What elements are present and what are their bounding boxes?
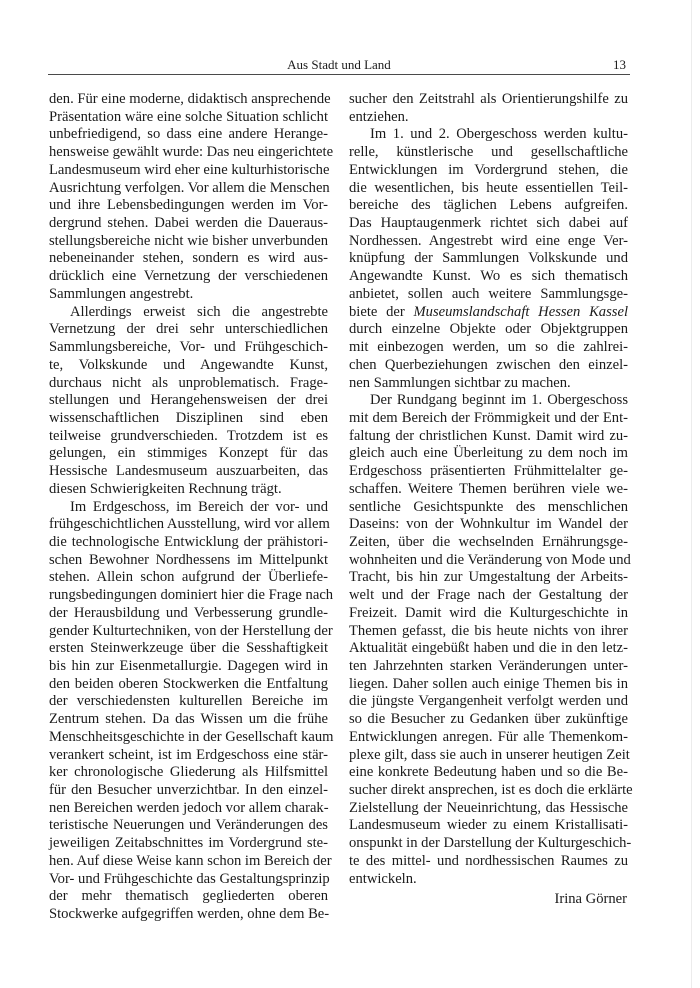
text-line: Entwicklungen im Vordergrund stehen, die (349, 162, 628, 180)
text-line: der verschiedensten kulturellen Bereiche… (49, 693, 328, 711)
text-line: Sammlungen angestrebt. (49, 286, 328, 304)
text-line: teristische Neuerungen und Veränderungen… (49, 817, 328, 835)
header-rule (48, 74, 630, 75)
text-line: drücklich eine Vernetzung der verschiede… (49, 268, 328, 286)
text-line: frühgeschichtlichen Ausstellung, wird vo… (49, 516, 328, 534)
text-line: wohnheiten und die Veränderung von Mode … (349, 552, 628, 570)
text-column-right: sucher den Zeitstrahl als Orientierungsh… (349, 91, 628, 909)
italic-institution-name: Museumslandschaft Hessen Kassel (414, 304, 629, 320)
text-line: Im Erdgeschoss, im Bereich der vor- und (49, 499, 328, 517)
text-line: bis hin zur Eisenmetallurgie. Dagegen wi… (49, 658, 328, 676)
text-line: onspunkt in der Darstellung der Kulturge… (349, 835, 628, 853)
text-line: den beiden oberen Stockwerken die Entfal… (49, 676, 328, 694)
text-line: dergrund stehen. Dabei werden die Dauera… (49, 215, 328, 233)
text-line: sucher den Zeitstrahl als Orientierungsh… (349, 91, 628, 109)
text-line: Allerdings erweist sich die angestrebte (49, 304, 328, 322)
text-line: stehen. Allein schon aufgrund der Überli… (49, 569, 328, 587)
text-line: die wesentlichen, bis heute essentiellen… (349, 180, 628, 198)
text-line: schen Bewohner Nordhessens im Mittelpunk… (49, 552, 328, 570)
paragraph: Im 1. und 2. Obergeschoss werden kultu- … (349, 126, 628, 392)
text-line: Zentrum stehen. Da das Wissen um die frü… (49, 711, 328, 729)
text-line: die technologische Entwicklung der prähi… (49, 534, 328, 552)
text-line: sentliche Gesichtspunkte des menschliche… (349, 499, 628, 517)
text-line: stellungen und Herangehensweisen der dre… (49, 392, 328, 410)
text-line: Daseins: von der Wohnkultur im Wandel de… (349, 516, 628, 534)
text-line: so die Besucher zu Gedanken über zukünft… (349, 711, 628, 729)
text-line: te des mittel- und nordhessischen Raumes… (349, 853, 628, 871)
text-line: gelungen, ein stimmiges Konzept für das (49, 445, 328, 463)
text-line: jeweiligen Zeitabschnittes im Vordergrun… (49, 835, 328, 853)
text-line: diesen Schwierigkeiten Rechnung trägt. (49, 481, 328, 499)
author-signature: Irina Görner (349, 891, 628, 909)
running-head: Aus Stadt und Land 13 (48, 55, 630, 75)
text-line: mit einbezogen werden, um so die zahlrei… (349, 339, 628, 357)
text-line: Vernetzung der drei sehr unterschiedlich… (49, 321, 328, 339)
text-line: sucher direkt ansprechen, ist es doch di… (349, 782, 628, 800)
text-line: plexe gilt, dass sie auch in unserer heu… (349, 747, 628, 765)
text-line: nen Bereichen werden jedoch vor allem ch… (49, 800, 328, 818)
text-line: chen Querbeziehungen zwischen den einzel… (349, 357, 628, 375)
text-line: und ihre Lebensbedingungen werden im Vor… (49, 197, 328, 215)
text-line: der mehr thematisch gegliederten oberen (49, 888, 328, 906)
text-line: Ausrichtung verfolgen. Vor allem die Men… (49, 180, 328, 198)
text-fragment: biete der (349, 304, 414, 320)
text-line: Zeiten, über die wechselnden Ernährungsg… (349, 534, 628, 552)
text-line: eine konkrete Bedeutung haben und so die… (349, 764, 628, 782)
text-line: nebeneinander stehen, sondern es wird au… (49, 250, 328, 268)
text-line: gleich auch eine Überleitung zu dem noch… (349, 445, 628, 463)
text-line: Angewandte Kunst. Wo es sich thematisch (349, 268, 628, 286)
text-line-with-italic: biete der Museumslandschaft Hessen Kasse… (349, 304, 628, 322)
text-line: entziehen. (349, 109, 628, 127)
text-line: Erdgeschoss präsentierten Frühmittelalte… (349, 463, 628, 481)
text-line: gender Kulturtechniken, von der Herstell… (49, 623, 328, 641)
text-line: anbietet, sollen auch weitere Sammlungsg… (349, 286, 628, 304)
text-line: nen Sammlungen sichtbar zu machen. (349, 375, 628, 393)
text-line: durch einzelne Objekte oder Objektgruppe… (349, 321, 628, 339)
text-line: Tracht, bis hin zur Umgestaltung der Arb… (349, 569, 628, 587)
text-line: die jüngste Vergangenheit verfolgt werde… (349, 693, 628, 711)
text-line: Das Hauptaugenmerk richtet sich dabei au… (349, 215, 628, 233)
page-edge (691, 0, 692, 988)
text-line: mit dem Bereich der Frömmigkeit und der … (349, 410, 628, 428)
text-line: Sammlungsbereiche, Vor- und Frühgeschich… (49, 339, 328, 357)
text-line: hensweise gewählt wurde: Das neu eingeri… (49, 144, 328, 162)
text-line: Entwicklungen anregen. Für alle Themenko… (349, 729, 628, 747)
text-line: relle, künstlerische und gesellschaftlic… (349, 144, 628, 162)
text-line: te, Volkskunde und Angewandte Kunst, (49, 357, 328, 375)
text-line: den. Für eine moderne, didaktisch anspre… (49, 91, 328, 109)
text-line: Zielstellung der Neueinrichtung, das Hes… (349, 800, 628, 818)
text-line: Nordhessen. Angestrebt wird eine enge Ve… (349, 233, 628, 251)
running-head-title: Aus Stadt und Land (48, 57, 630, 73)
text-line: durchaus nicht als unproblematisch. Frag… (49, 375, 328, 393)
text-line: hen. Auf diese Weise kann schon im Berei… (49, 853, 328, 871)
text-line: Freizeit. Damit wird die Kulturgeschicht… (349, 605, 628, 623)
text-line: Themen gefasst, die bis heute nichts von… (349, 623, 628, 641)
text-line: rungsbedingungen dominiert hier die Frag… (49, 587, 328, 605)
text-line: schaffen. Weitere Themen berühren viele … (349, 481, 628, 499)
paragraph: den. Für eine moderne, didaktisch anspre… (49, 91, 328, 304)
text-line: entwickeln. (349, 871, 628, 889)
text-line: Menschheitsgeschichte in der Gesellschaf… (49, 729, 328, 747)
text-line: Der Rundgang beginnt im 1. Obergeschoss (349, 392, 628, 410)
text-line: Präsentation wäre eine solche Situation … (49, 109, 328, 127)
text-line: faltung der christlichen Kunst. Damit wi… (349, 428, 628, 446)
text-line: Hessische Landesmuseum auszuarbeiten, da… (49, 463, 328, 481)
text-line: der Herausbildung und Verbesserung grund… (49, 605, 328, 623)
paragraph: Der Rundgang beginnt im 1. Obergeschoss … (349, 392, 628, 888)
text-line: liegen. Daher sollen auch einige Themen … (349, 676, 628, 694)
paragraph: Im Erdgeschoss, im Bereich der vor- und … (49, 499, 328, 924)
text-line: ersten Steinwerkzeuge über die Sesshafti… (49, 640, 328, 658)
page-number: 13 (613, 57, 626, 73)
text-line: für den Besucher unverzichtbar. In den e… (49, 782, 328, 800)
text-line: wissenschaftlichen Disziplinen sind eben (49, 410, 328, 428)
paragraph: Allerdings erweist sich die angestrebte … (49, 304, 328, 499)
text-line: unbefriedigend, so dass eine andere Hera… (49, 126, 328, 144)
text-line: verankert scheint, ist im Erdgeschoss ei… (49, 747, 328, 765)
text-line: bereiche des täglichen Lebens aufgreifen… (349, 197, 628, 215)
text-line: Landesmuseum wieder zu einem Kristallisa… (349, 817, 628, 835)
text-line: ker chronologische Gliederung als Hilfsm… (49, 764, 328, 782)
text-line: Stockwerke aufgegriffen werden, ohne dem… (49, 906, 328, 924)
text-line: Landesmuseum wird eher eine kulturhistor… (49, 162, 328, 180)
text-line: stellungsbereiche nicht wie bisher unver… (49, 233, 328, 251)
text-line: Vor- und Frühgeschichte das Gestaltungsp… (49, 871, 328, 889)
text-line: Im 1. und 2. Obergeschoss werden kultu- (349, 126, 628, 144)
text-column-left: den. Für eine moderne, didaktisch anspre… (49, 91, 328, 924)
text-line: teilweise grundverschieden. Trotzdem ist… (49, 428, 328, 446)
paragraph: sucher den Zeitstrahl als Orientierungsh… (349, 91, 628, 126)
text-line: welt und der Frage nach der Gestaltung d… (349, 587, 628, 605)
text-line: knüpfung der Sammlungen Volkskunde und (349, 250, 628, 268)
text-line: ten Jahrzehnten starken Veränderungen un… (349, 658, 628, 676)
text-line: Aktualität eingebüßt haben und die in de… (349, 640, 628, 658)
